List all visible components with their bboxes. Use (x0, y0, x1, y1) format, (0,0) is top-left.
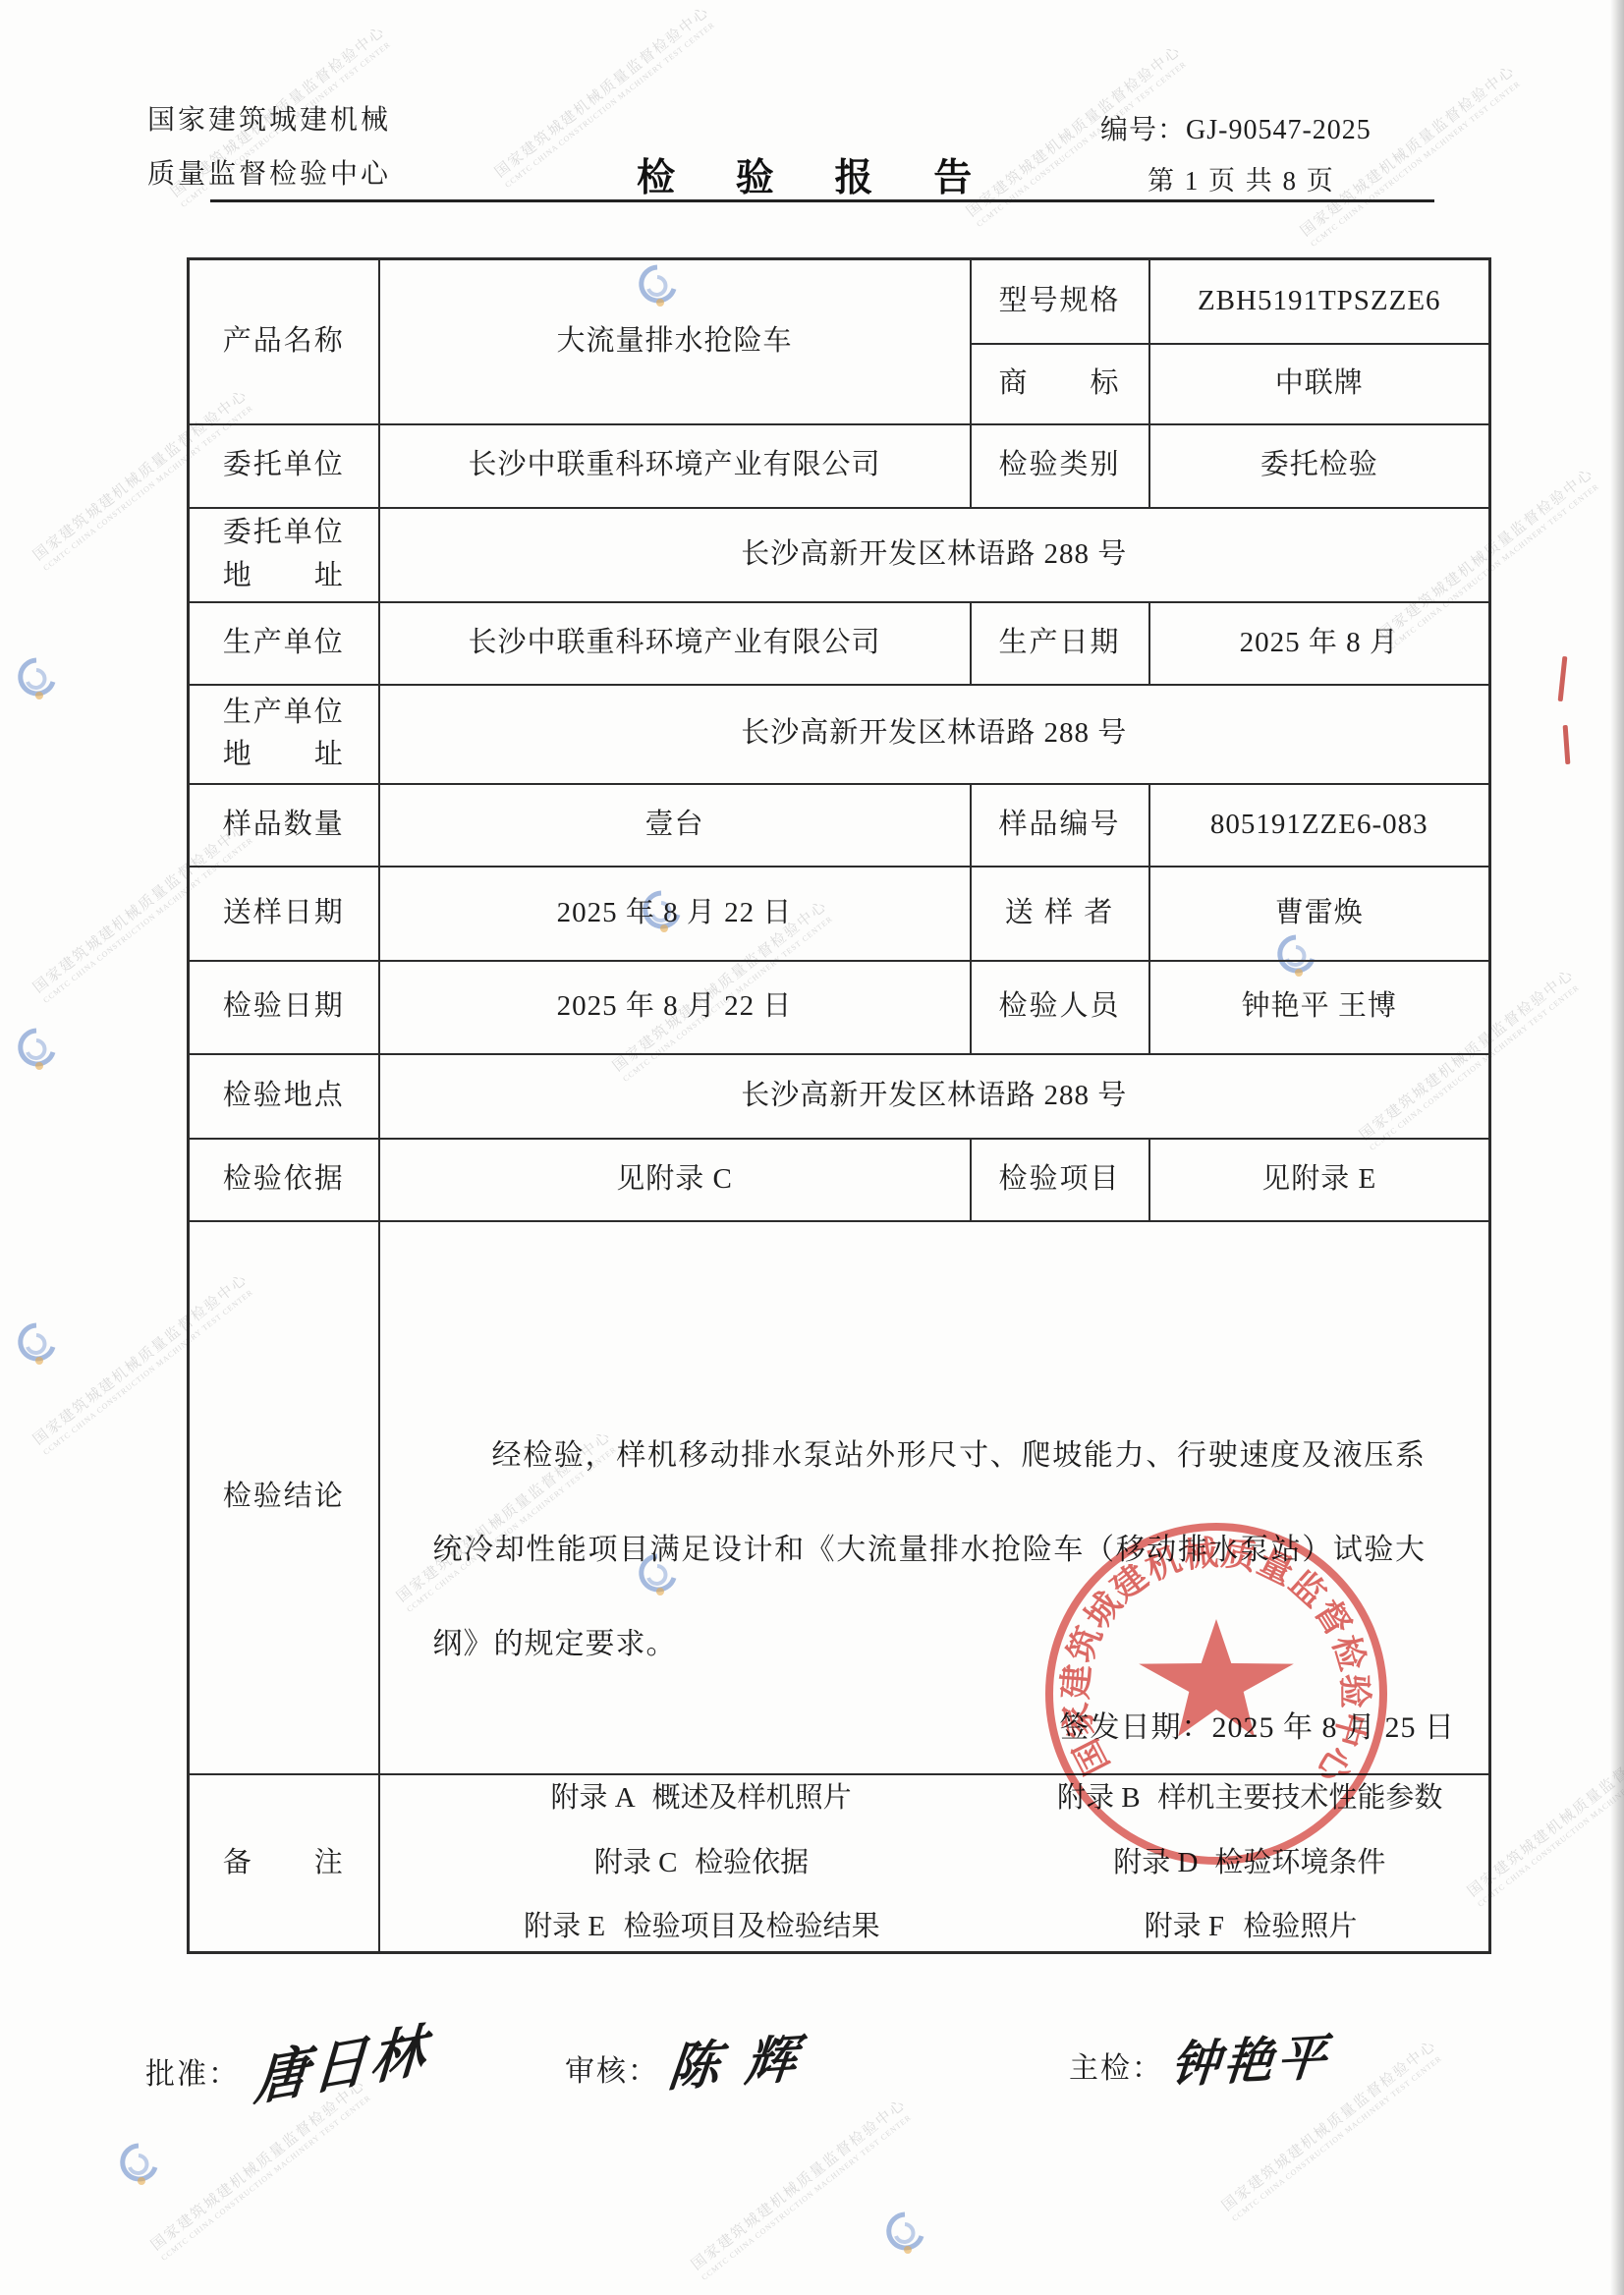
inspection-date-value: 2025 年 8 月 22 日 (379, 961, 971, 1054)
inspector-value: 钟艳平 王博 (1149, 961, 1490, 1054)
scan-edge-shadow (1610, 0, 1624, 2295)
notes-label: 备 注 (189, 1774, 379, 1953)
manufacturer-address-label: 生产单位 地 址 (189, 685, 379, 784)
watermark-text: 国家建筑城建机械质量监督检验中心CCMTC CHINA CONSTRUCTION… (1297, 62, 1526, 251)
items-value: 见附录 E (1149, 1139, 1490, 1221)
production-date-label: 生产日期 (971, 602, 1149, 685)
manufacturer-label: 生产单位 (189, 602, 379, 685)
table-row: 生产单位 地 址 长沙高新开发区林语路 288 号 (189, 685, 1490, 784)
sender-label: 送 样 者 (971, 867, 1149, 961)
red-ink-mark (1558, 656, 1568, 701)
org-name-line1: 国家建筑城建机械 (147, 94, 391, 148)
basis-label: 检验依据 (189, 1139, 379, 1221)
inspection-date-label: 检验日期 (189, 961, 379, 1054)
center-logo-watermark (16, 656, 57, 707)
official-stamp: 国家建筑城建机械质量监督检验中心 (1034, 1511, 1399, 1876)
header-rule (210, 199, 1434, 202)
trademark-label: 商 标 (971, 344, 1149, 424)
model-label: 型号规格 (971, 259, 1149, 344)
location-label: 检验地点 (189, 1054, 379, 1139)
center-logo-watermark (16, 1027, 57, 1078)
reviewer-block: 审核：陈 辉 (565, 2022, 801, 2096)
approver-block: 批准：唐日林 (145, 2022, 430, 2100)
inspection-type-label: 检验类别 (971, 424, 1149, 508)
conclusion-label: 检验结论 (189, 1221, 379, 1774)
stamp-star-icon (1139, 1619, 1294, 1736)
send-date-label: 送样日期 (189, 867, 379, 961)
page-title: 检 验 报 告 (637, 147, 997, 202)
product-name-value: 大流量排水抢险车 (379, 259, 971, 424)
manufacturer-value: 长沙中联重科环境产业有限公司 (379, 602, 971, 685)
list-item: 附录 A概述及样机照片 (386, 1777, 1000, 1820)
trademark-value: 中联牌 (1149, 344, 1490, 424)
page-number: 第 1 页 共 8 页 (1148, 159, 1335, 197)
client-label: 委托单位 (189, 424, 379, 508)
chief-inspector-label: 主检： (1069, 2052, 1163, 2085)
production-date-value: 2025 年 8 月 (1149, 602, 1490, 685)
sample-no-value: 805191ZZE6-083 (1149, 784, 1490, 867)
table-row: 样品数量 壹台 样品编号 805191ZZE6-083 (189, 784, 1490, 867)
send-date-value: 2025 年 8 月 22 日 (379, 867, 971, 961)
inspection-type-value: 委托检验 (1149, 424, 1490, 508)
client-value: 长沙中联重科环境产业有限公司 (379, 424, 971, 508)
table-row: 检验依据 见附录 C 检验项目 见附录 E (189, 1139, 1490, 1221)
items-label: 检验项目 (971, 1139, 1149, 1221)
approver-label: 批准： (145, 2058, 240, 2091)
red-ink-mark (1563, 725, 1571, 764)
report-number: 编号：GJ-90547-2025 (1100, 108, 1372, 147)
list-item: 附录 E检验项目及检验结果 (386, 1906, 1000, 1949)
location-value: 长沙高新开发区林语路 288 号 (379, 1054, 1490, 1139)
model-value: ZBH5191TPSZZE6 (1149, 259, 1490, 344)
table-row: 产品名称 大流量排水抢险车 型号规格 ZBH5191TPSZZE6 (189, 259, 1490, 344)
list-item: 附录 C检验依据 (386, 1842, 1000, 1885)
sample-qty-label: 样品数量 (189, 784, 379, 867)
sample-qty-value: 壹台 (379, 784, 971, 867)
chief-inspector-signature: 钟艳平 (1168, 2018, 1333, 2098)
signature-row: 批准：唐日林 审核：陈 辉 主检：钟艳平 (0, 2004, 1624, 2201)
sample-no-label: 样品编号 (971, 784, 1149, 867)
table-row: 生产单位 长沙中联重科环境产业有限公司 生产日期 2025 年 8 月 (189, 602, 1490, 685)
product-name-label: 产品名称 (189, 259, 379, 424)
table-row: 送样日期 2025 年 8 月 22 日 送 样 者 曹雷焕 (189, 867, 1490, 961)
client-address-value: 长沙高新开发区林语路 288 号 (379, 508, 1490, 602)
approver-signature: 唐日林 (252, 2005, 431, 2117)
sender-value: 曹雷焕 (1149, 867, 1490, 961)
table-row: 委托单位 长沙中联重科环境产业有限公司 检验类别 委托检验 (189, 424, 1490, 508)
reviewer-label: 审核： (565, 2055, 659, 2088)
table-row: 检验地点 长沙高新开发区林语路 288 号 (189, 1054, 1490, 1139)
client-address-label: 委托单位 地 址 (189, 508, 379, 602)
center-logo-watermark (16, 1321, 57, 1372)
inspector-label: 检验人员 (971, 961, 1149, 1054)
manufacturer-address-value: 长沙高新开发区林语路 288 号 (379, 685, 1490, 784)
reviewer-signature: 陈 辉 (665, 2017, 805, 2100)
center-logo-watermark (884, 2211, 925, 2262)
list-item: 附录 F检验照片 (1000, 1906, 1483, 1949)
table-row: 委托单位 地 址 长沙高新开发区林语路 288 号 (189, 508, 1490, 602)
org-name: 国家建筑城建机械 质量监督检验中心 (147, 94, 391, 201)
table-row: 检验日期 2025 年 8 月 22 日 检验人员 钟艳平 王博 (189, 961, 1490, 1054)
basis-value: 见附录 C (379, 1139, 971, 1221)
chief-inspector-block: 主检：钟艳平 (1069, 2022, 1330, 2093)
org-name-line2: 质量监督检验中心 (147, 148, 391, 202)
